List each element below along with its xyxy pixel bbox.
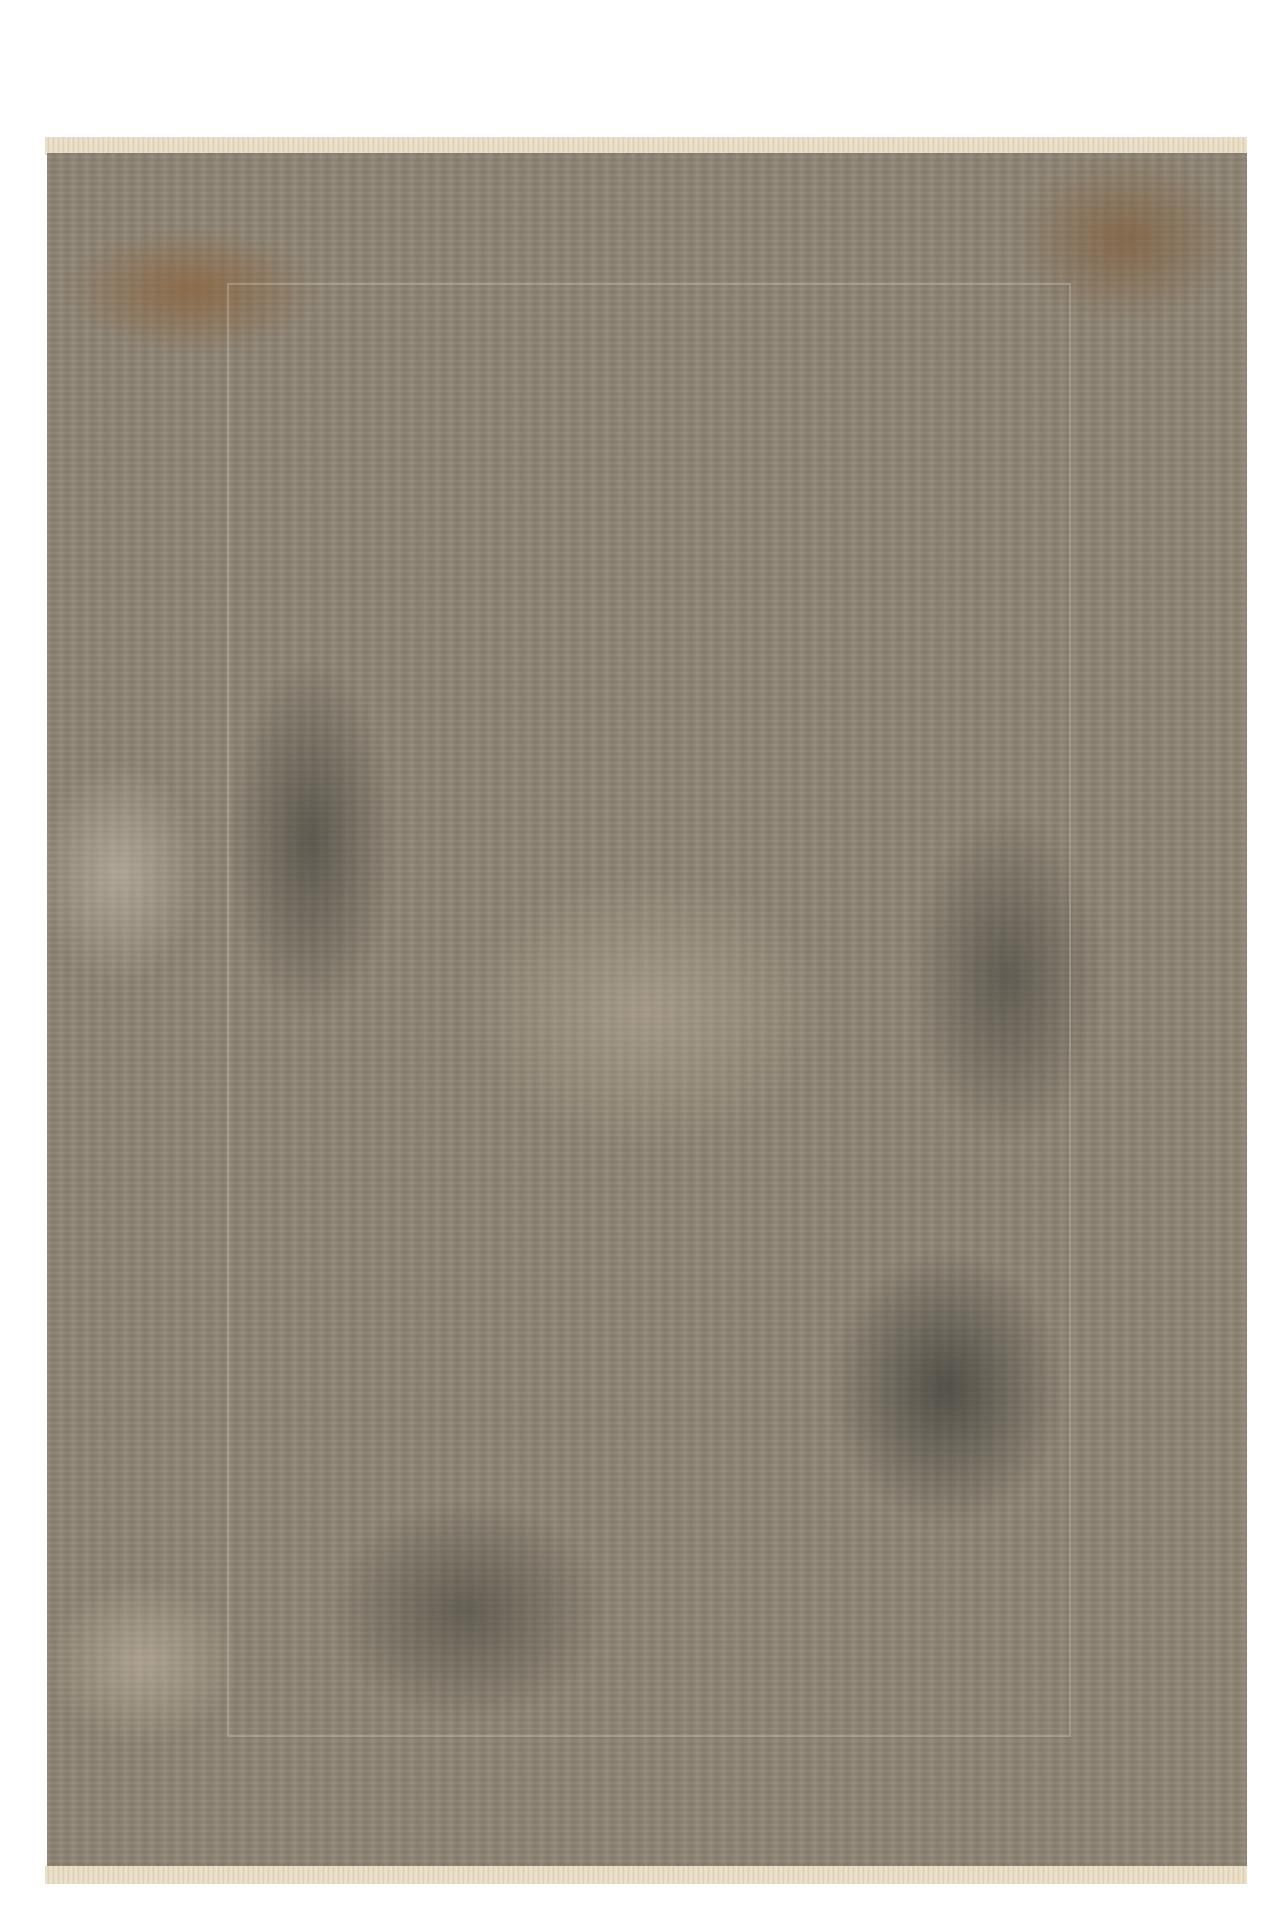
rug-inner-border <box>227 283 1071 1737</box>
rug <box>47 153 1247 1867</box>
bottom-fringe <box>45 1866 1247 1884</box>
